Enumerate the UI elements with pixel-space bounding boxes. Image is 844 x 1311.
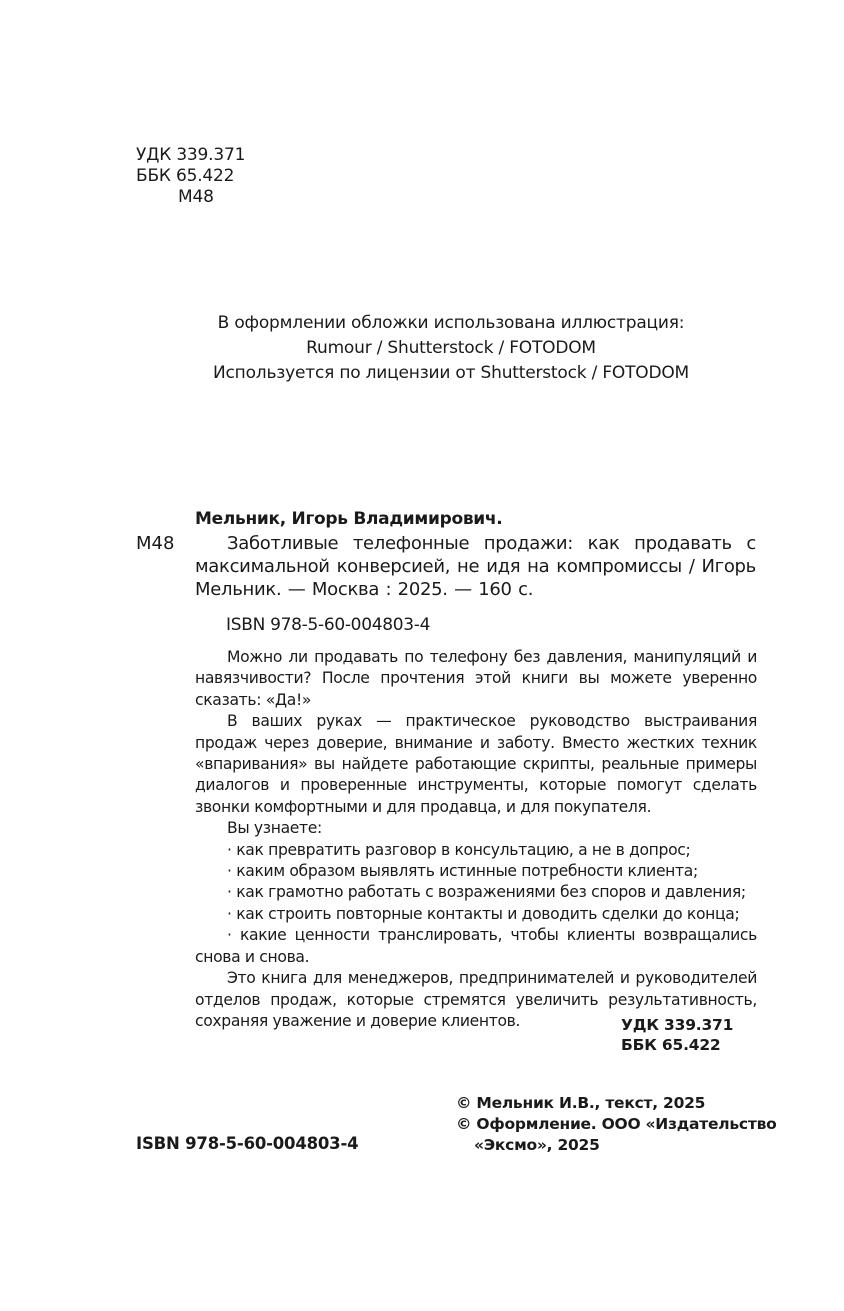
annotation-bullet: · как превратить разговор в консультацию… [195,840,757,861]
isbn-bottom: ISBN 978-5-60-004803-4 [136,1133,358,1155]
credits-line: Rumour / Shutterstock / FOTODOM [120,336,782,361]
credits-line: В оформлении обложки использована иллюст… [120,311,782,336]
annotation-paragraph: Вы узнаете: [195,818,757,839]
cover-illustration-credits: В оформлении обложки использована иллюст… [120,311,782,386]
title-entry: Заботливые телефонные продажи: как прода… [195,532,756,601]
bottom-classification: УДК 339.371 ББК 65.422 [621,1015,733,1055]
copyright-line: © Мельник И.В., текст, 2025 [456,1093,777,1114]
bbk-code: ББК 65.422 [621,1035,733,1055]
udk-code: УДК 339.371 [621,1015,733,1035]
udk-code: УДК 339.371 [136,145,245,166]
bbk-code: ББК 65.422 [136,166,245,187]
annotation-bullet: · как грамотно работать с возражениями б… [195,882,757,903]
annotation-bullet: · каким образом выявлять истинные потреб… [195,861,757,882]
annotation-paragraph: В ваших руках — практическое руководство… [195,711,757,818]
author-mark: М48 [136,187,245,208]
copyright-line: © Оформление. ООО «Издательство [456,1114,777,1135]
annotation: Можно ли продавать по телефону без давле… [195,647,757,1032]
author-mark: М48 [136,532,174,555]
author-name: Мельник, Игорь Владимирович. [195,508,502,530]
copyright-line: «Эксмо», 2025 [456,1135,777,1156]
annotation-bullet: · какие ценности транслировать, чтобы кл… [195,925,757,968]
top-classification: УДК 339.371 ББК 65.422 М48 [136,145,245,208]
credits-line: Используется по лицензии от Shutterstock… [120,361,782,386]
isbn-record: ISBN 978-5-60-004803-4 [226,614,430,636]
copyright-block: © Мельник И.В., текст, 2025 © Оформление… [456,1093,777,1156]
annotation-paragraph: Можно ли продавать по телефону без давле… [195,647,757,711]
annotation-bullet: · как строить повторные контакты и довод… [195,904,757,925]
